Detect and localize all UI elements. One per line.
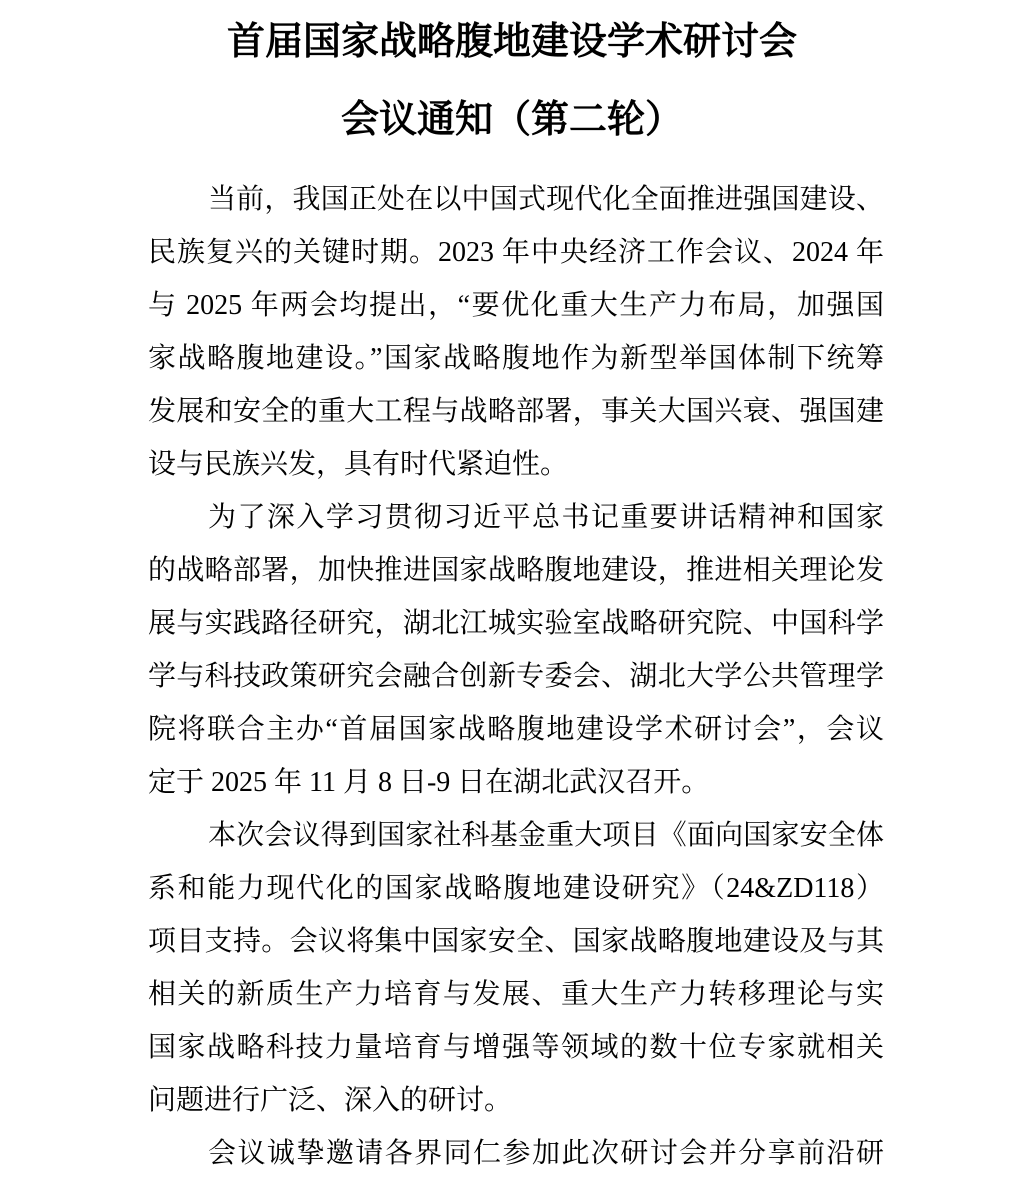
paragraph-1-line-3: 与 2025 年两会均提出，“要优化重大生产力布局，加强国 — [148, 279, 884, 332]
paragraph-3-line-2: 系和能力现代化的国家战略腹地建设研究》（24&ZD118） — [148, 862, 884, 915]
paragraph-1-line-1: 当前，我国正处在以中国式现代化全面推进强国建设、 — [148, 173, 884, 226]
paragraph-1-line-4: 家战略腹地建设。”国家战略腹地作为新型举国体制下统筹 — [148, 332, 884, 385]
paragraph-2-line-3: 展与实践路径研究，湖北江城实验室战略研究院、中国科学 — [148, 597, 884, 650]
document-page: 首届国家战略腹地建设学术研讨会 会议通知（第二轮） 当前，我国正处在以中国式现代… — [0, 0, 1024, 1195]
paragraph-3-line-1: 本次会议得到国家社科基金重大项目《面向国家安全体 — [148, 809, 884, 862]
paragraph-3-line-4: 相关的新质生产力培育与发展、重大生产力转移理论与实践、 — [148, 968, 884, 1021]
paragraph-2-line-5: 院将联合主办“首届国家战略腹地建设学术研讨会”，会议 — [148, 703, 884, 756]
paragraph-1-line-5: 发展和安全的重大工程与战略部署，事关大国兴衰、强国建 — [148, 385, 884, 438]
document-body: 当前，我国正处在以中国式现代化全面推进强国建设、民族复兴的关键时期。2023 年… — [148, 173, 884, 1180]
paragraph-2-line-1: 为了深入学习贯彻习近平总书记重要讲话精神和国家 — [148, 491, 884, 544]
paragraph-2-line-6: 定于 2025 年 11 月 8 日-9 日在湖北武汉召开。 — [148, 756, 884, 809]
document-title-line-1: 首届国家战略腹地建设学术研讨会 — [0, 20, 1024, 64]
paragraph-3-line-5: 国家战略科技力量培育与增强等领域的数十位专家就相关 — [148, 1021, 884, 1074]
paragraph-2-line-2: 的战略部署，加快推进国家战略腹地建设，推进相关理论发 — [148, 544, 884, 597]
paragraph-1-line-6: 设与民族兴发，具有时代紧迫性。 — [148, 438, 884, 491]
paragraph-2-line-4: 学与科技政策研究会融合创新专委会、湖北大学公共管理学 — [148, 650, 884, 703]
paragraph-3-line-6: 问题进行广泛、深入的研讨。 — [148, 1074, 884, 1127]
document-title-line-2: 会议通知（第二轮） — [0, 98, 1024, 142]
paragraph-3-line-3: 项目支持。会议将集中国家安全、国家战略腹地建设及与其 — [148, 915, 884, 968]
paragraph-4-line-1: 会议诚挚邀请各界同仁参加此次研讨会并分享前沿研 — [148, 1127, 884, 1180]
paragraph-1-line-2: 民族复兴的关键时期。2023 年中央经济工作会议、2024 年 — [148, 226, 884, 279]
